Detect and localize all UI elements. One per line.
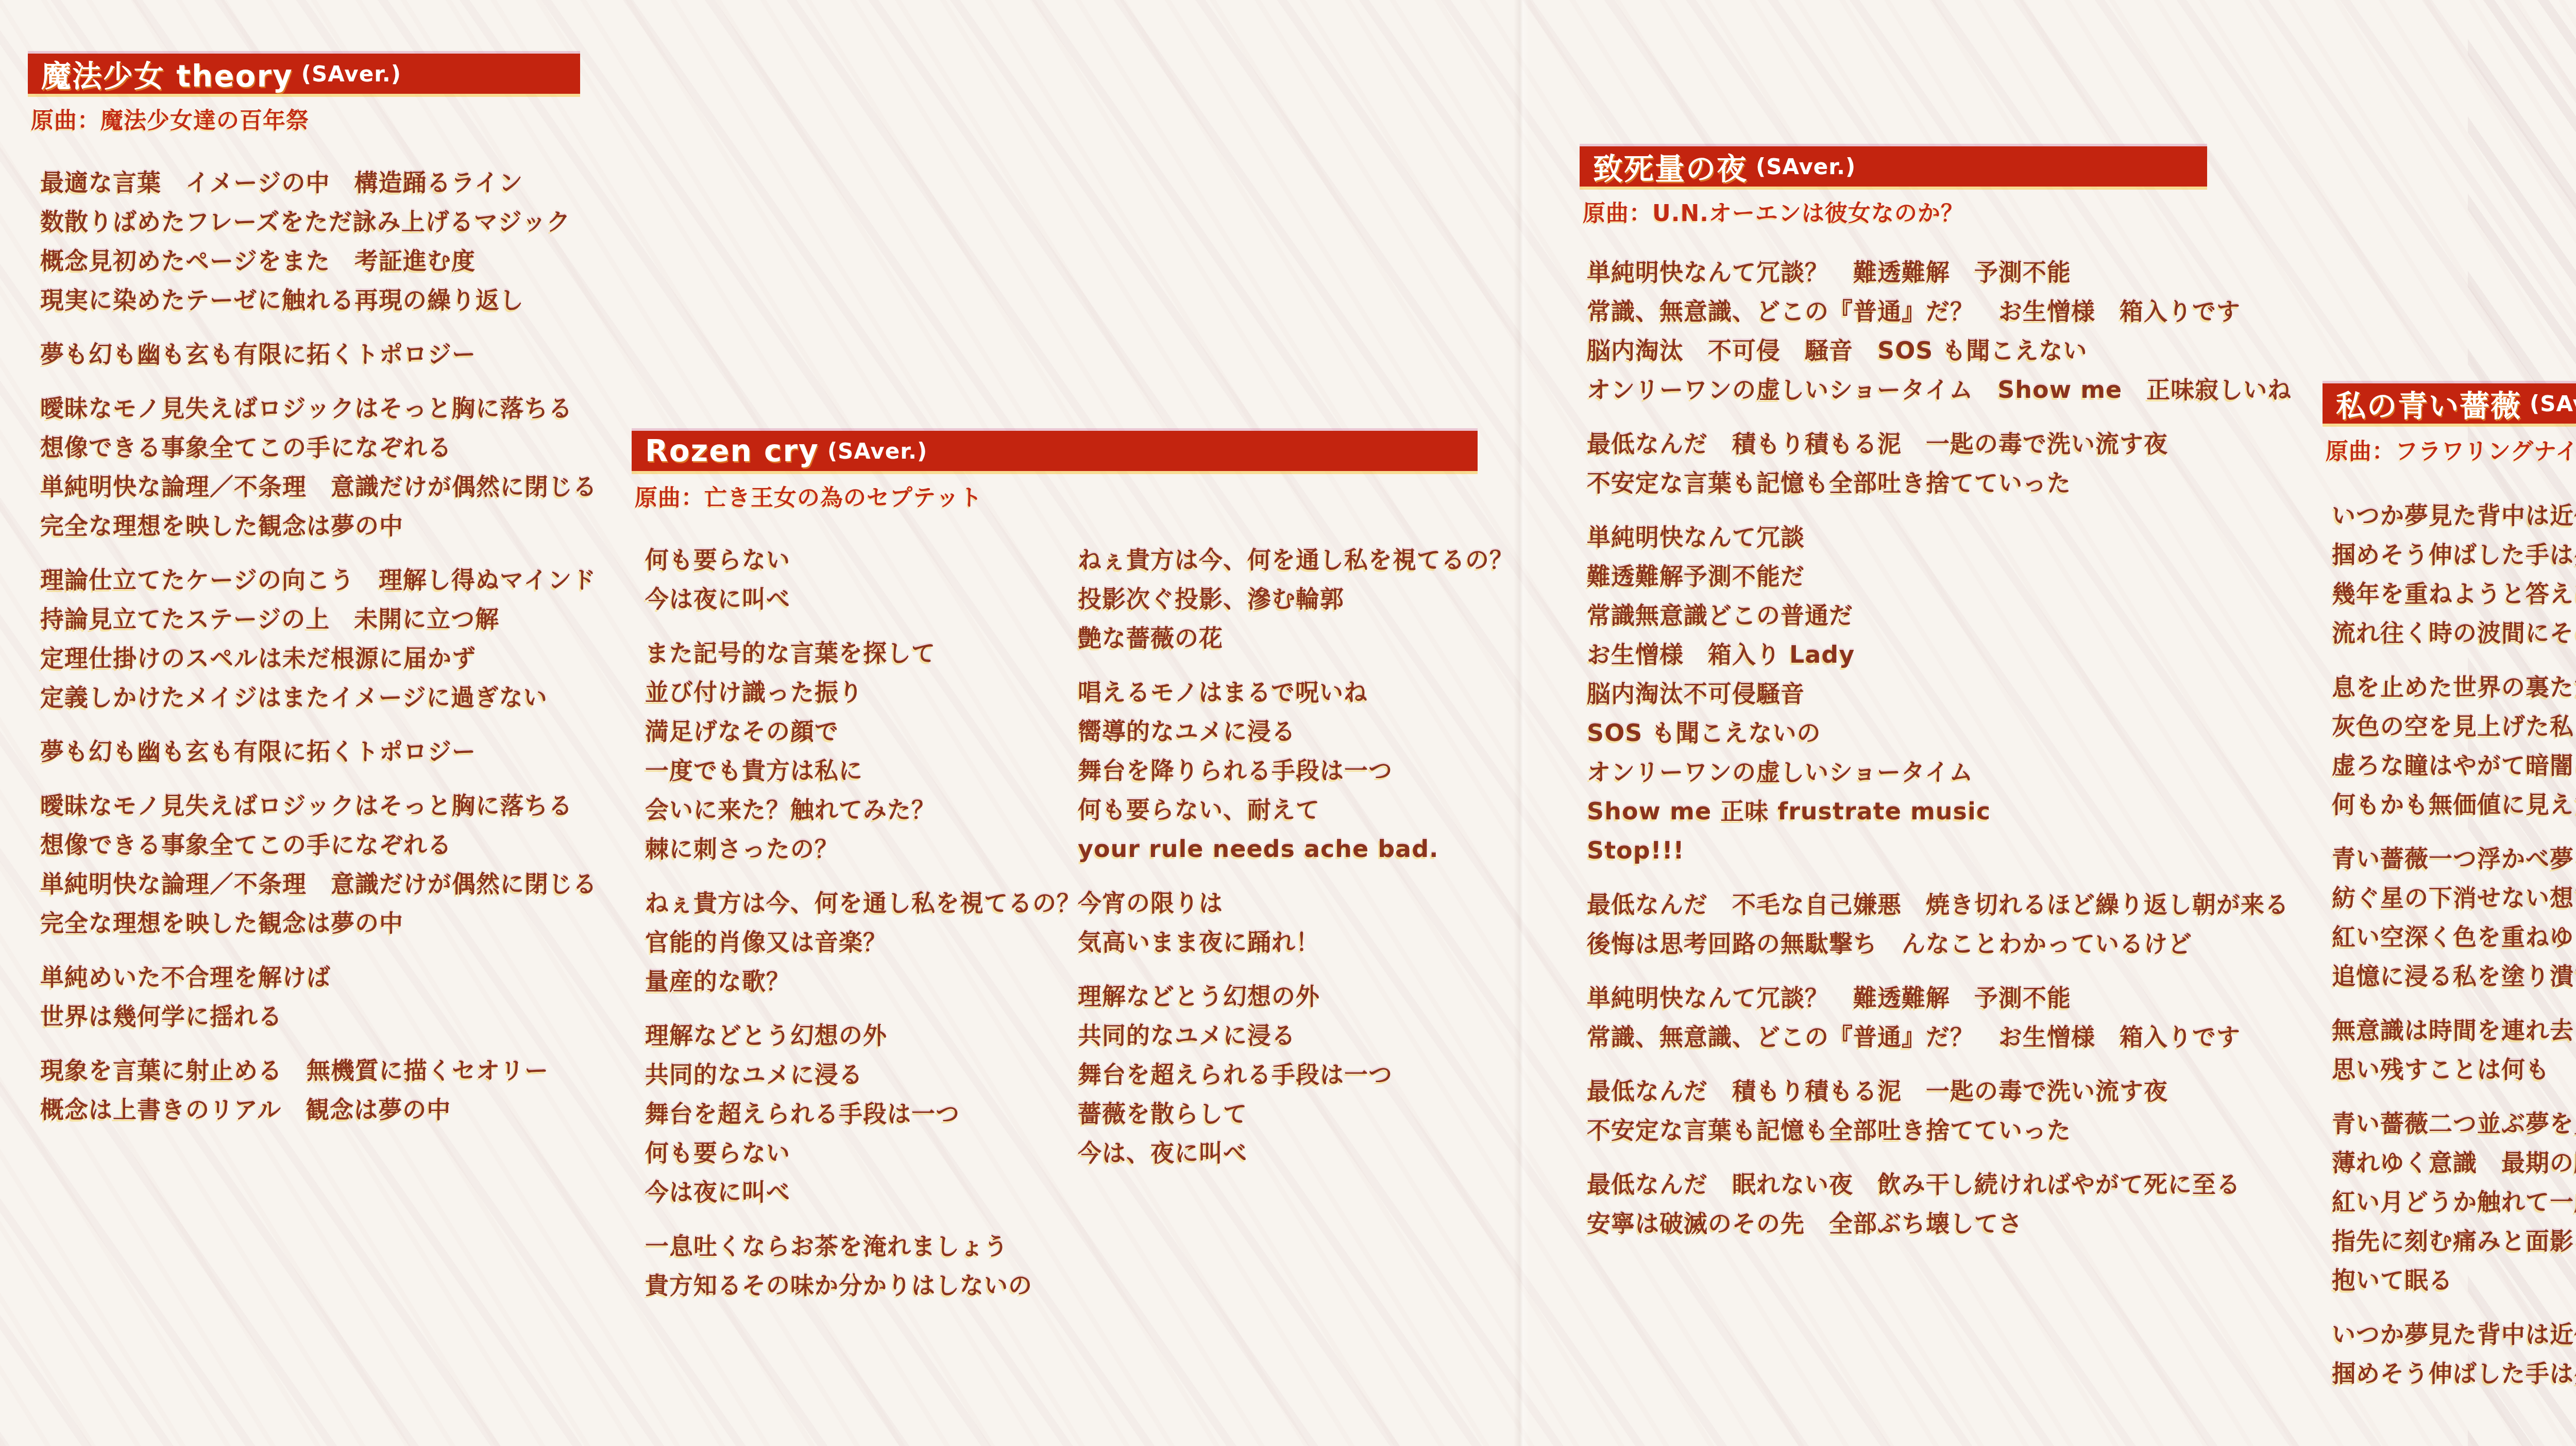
lyrics-line: 脳内淘汰 不可侵 騒音 SOS も聞こえない <box>1587 331 2292 370</box>
lyrics-line: 理解などとう幻想の外 <box>645 1016 1081 1055</box>
lyrics-line: 定理仕掛けのスペルは未だ根源に届かず <box>40 638 597 678</box>
lyrics-line: また記号的な言葉を探して <box>645 633 1081 672</box>
lyrics-line: 単純明快な論理／不条理 意識だけが偶然に閉じる <box>40 467 597 506</box>
lyrics-line: 指先に刻む痛みと面影を <box>2332 1221 2576 1260</box>
lyrics-line: 舞台を超えられる手段は一つ <box>645 1094 1081 1133</box>
lyrics-line: 今は、夜に叫べ <box>1078 1133 1514 1172</box>
lyrics-line: 定義しかけたメイジはまたイメージに過ぎない <box>40 678 597 717</box>
lyrics-line: ねぇ貴方は今、何を通し私を視てるの？ <box>1078 540 1514 579</box>
song-version-label: (SAver.) <box>827 439 927 464</box>
lyrics-line: オンリーワンの虚しいショータイム Show me 正味寂しいね <box>1587 370 2292 409</box>
lyrics-line: 安寧は破滅のその先 全部ぶち壊してさ <box>1587 1204 2292 1243</box>
lyrics-line: 掴めそう伸ばした手は少しも届かないな <box>2332 1354 2576 1393</box>
lyrics-line: SOS も聞こえないの <box>1587 713 2292 752</box>
lyrics-line: 単純めいた不合理を解けば <box>40 957 597 997</box>
original-song-label: 原曲：U.N.オーエンは彼女なのか？ <box>1583 195 1964 228</box>
song-title: Rozen cry <box>645 433 819 468</box>
song-title: 致死量の夜 <box>1593 145 1748 188</box>
lyrics-stanza: 夢も幻も幽も玄も有限に拓くトポロジー <box>40 732 597 771</box>
lyrics-stanza: 単純明快なんて冗談難透難解予測不能だ常識無意識どこの普通だお生憎様 箱入り La… <box>1587 517 2292 870</box>
lyrics-line: 夢も幻も幽も玄も有限に拓くトポロジー <box>40 732 597 771</box>
lyrics-line: 夢も幻も幽も玄も有限に拓くトポロジー <box>40 334 597 374</box>
lyrics-column: いつか夢見た背中は近付くほど離れて掴めそう伸ばした手は少しも届かないな幾年を重ね… <box>2332 496 2576 1393</box>
lyrics-line: 完全な理想を映した観念は夢の中 <box>40 506 597 545</box>
booklet-fold-crease <box>1514 0 1529 1446</box>
lyrics-line: 薄れゆく意識 最期の願い <box>2332 1143 2576 1182</box>
lyrics-line: 共同的なユメに浸る <box>645 1055 1081 1094</box>
lyrics-line: 単純明快な論理／不条理 意識だけが偶然に閉じる <box>40 864 597 903</box>
lyrics-stanza: 単純めいた不合理を解けば世界は幾何学に揺れる <box>40 957 597 1036</box>
lyrics-stanza: 夢も幻も幽も玄も有限に拓くトポロジー <box>40 334 597 374</box>
lyrics-line: 世界は幾何学に揺れる <box>40 997 597 1036</box>
lyrics-stanza: 最低なんだ 積もり積もる泥 一匙の毒で洗い流す夜不安定な言葉も記憶も全部吐き捨て… <box>1587 1071 2292 1150</box>
lyrics-line: 投影次ぐ投影、滲む輪郭 <box>1078 579 1514 618</box>
lyrics-stanza: 理解などとう幻想の外共同的なユメに浸る舞台を超えられる手段は一つ何も要らない今は… <box>645 1016 1081 1212</box>
lyrics-stanza: 現象を言葉に射止める 無機質に描くセオリー概念は上書きのリアル 観念は夢の中 <box>40 1051 597 1129</box>
lyrics-line: 息を止めた世界の裏ただ一人彷徨う <box>2332 667 2576 707</box>
lyrics-line: 嚮導的なユメに浸る <box>1078 712 1514 751</box>
lyrics-line: 舞台を降りられる手段は一つ <box>1078 751 1514 790</box>
lyrics-line: いつか夢見た背中は近付くほど離れて <box>2332 496 2576 535</box>
lyrics-line: 薔薇を散らして <box>1078 1094 1514 1133</box>
lyrics-line: 棘に刺さったの？ <box>645 829 1081 868</box>
lyrics-line: 追憶に浸る私を塗り潰す <box>2332 956 2576 996</box>
lyrics-line: 何も要らない <box>645 540 1081 579</box>
lyrics-stanza: 唱えるモノはまるで呪いね嚮導的なユメに浸る舞台を降りられる手段は一つ何も要らない… <box>1078 672 1514 868</box>
lyrics-line: 会いに来た？触れてみた？ <box>645 790 1081 829</box>
lyrics-stanza: ねぇ貴方は今、何を通し私を視てるの？投影次ぐ投影、滲む輪郭艶な薔薇の花 <box>1078 540 1514 658</box>
lyrics-line: 一息吐くならお茶を淹れましょう <box>645 1226 1081 1266</box>
lyrics-line: 青い薔薇一つ浮かべ夢を見る <box>2332 839 2576 878</box>
lyrics-stanza: 曖昧なモノ見失えばロジックはそっと胸に落ちる想像できる事象全てこの手になぞれる単… <box>40 389 597 545</box>
lyrics-line: 舞台を超えられる手段は一つ <box>1078 1055 1514 1094</box>
lyrics-line: 最適な言葉 イメージの中 構造踊るライン <box>40 163 597 202</box>
lyrics-stanza: 理解などとう幻想の外共同的なユメに浸る舞台を超えられる手段は一つ薔薇を散らして今… <box>1078 977 1514 1172</box>
lyrics-line: 数散りばめたフレーズをただ詠み上げるマジック <box>40 202 597 241</box>
song-title-banner-watashi-no-aoi-bara: 私の青い薔薇 (SAver.) <box>2323 383 2576 424</box>
lyrics-line: 曖昧なモノ見失えばロジックはそっと胸に落ちる <box>40 786 597 825</box>
lyrics-line: ねぇ貴方は今、何を通し私を視てるの？ <box>645 883 1081 922</box>
song-title-banner-mahou-shoujo-theory: 魔法少女 theory (SAver.) <box>28 54 580 94</box>
lyrics-column: 最適な言葉 イメージの中 構造踊るライン数散りばめたフレーズをただ詠み上げるマジ… <box>40 163 597 1129</box>
lyrics-line: 並び付け識った振り <box>645 672 1081 712</box>
lyrics-line: 灰色の空を見上げた私どこにいるの？ <box>2332 707 2576 746</box>
original-song-label: 原曲：魔法少女達の百年祭 <box>31 102 309 135</box>
lyrics-stanza: 最低なんだ 積もり積もる泥 一匙の毒で洗い流す夜不安定な言葉も記憶も全部吐き捨て… <box>1587 424 2292 502</box>
lyrics-line: 理論仕立てたケージの向こう 理解し得ぬマインド <box>40 560 597 599</box>
lyrics-line: 何も要らない、耐えて <box>1078 790 1514 829</box>
lyrics-stanza: 最適な言葉 イメージの中 構造踊るライン数散りばめたフレーズをただ詠み上げるマジ… <box>40 163 597 320</box>
song-title-banner-chishiryou-no-yoru: 致死量の夜 (SAver.) <box>1580 146 2207 187</box>
lyrics-line: 持論見立てたステージの上 未開に立つ解 <box>40 599 597 638</box>
lyrics-line: 貴方知るその味か分かりはしないの <box>645 1266 1081 1305</box>
lyrics-stanza: 何も要らない今は夜に叫べ <box>645 540 1081 618</box>
lyrics-line: 最低なんだ 不毛な自己嫌悪 焼き切れるほど繰り返し朝が来る <box>1587 885 2292 924</box>
lyrics-line: いつか夢見た背中は近付くほど離れて <box>2332 1315 2576 1354</box>
lyrics-stanza: また記号的な言葉を探して並び付け識った振り満足げなその顔で一度でも貴方は私に会い… <box>645 633 1081 868</box>
lyrics-stanza: 青い薔薇二つ並ぶ夢を見る薄れゆく意識 最期の願い紅い月どうか触れて一度だけ指先に… <box>2332 1104 2576 1300</box>
lyrics-line: Stop!!! <box>1587 831 2292 870</box>
lyrics-line: 単純明快なんて冗談？ 難透難解 予測不能 <box>1587 253 2292 292</box>
lyrics-line: 常識無意識どこの普通だ <box>1587 596 2292 635</box>
lyrics-line: 思い残すことは何も <box>2332 1050 2576 1089</box>
lyrics-line: 不安定な言葉も記憶も全部吐き捨てていった <box>1587 463 2292 502</box>
lyrics-stanza: 無意識は時間を連れ去り運命へと誘う思い残すことは何も <box>2332 1011 2576 1089</box>
lyrics-line: 流れ往く時の波間にその身を投げ出した <box>2332 613 2576 652</box>
lyrics-line: 量産的な歌？ <box>645 962 1081 1001</box>
lyrics-line: 何もかも無価値に見えた <box>2332 785 2576 824</box>
lyrics-line: 官能的肖像又は音楽？ <box>645 922 1081 962</box>
lyrics-line: 最低なんだ 眠れない夜 飲み干し続ければやがて死に至る <box>1587 1165 2292 1204</box>
lyrics-line: 気高いまま夜に踊れ！ <box>1078 922 1514 962</box>
lyrics-line: 何も要らない <box>645 1133 1081 1172</box>
lyrics-line: 掴めそう伸ばした手は少しも届かないな <box>2332 535 2576 574</box>
lyrics-line: 無意識は時間を連れ去り運命へと誘う <box>2332 1011 2576 1050</box>
lyrics-stanza: ねぇ貴方は今、何を通し私を視てるの？官能的肖像又は音楽？量産的な歌？ <box>645 883 1081 1001</box>
lyrics-line: 常識、無意識、どこの『普通』だ？ お生憎様 箱入りです <box>1587 292 2292 331</box>
lyrics-stanza: 今宵の限りは気高いまま夜に踊れ！ <box>1078 883 1514 962</box>
lyrics-line: 想像できる事象全てこの手になぞれる <box>40 428 597 467</box>
lyrics-line: 今は夜に叫べ <box>645 579 1081 618</box>
lyrics-line: 唱えるモノはまるで呪いね <box>1078 672 1514 712</box>
lyrics-line: 単純明快なんて冗談 <box>1587 517 2292 557</box>
lyrics-stanza: 曖昧なモノ見失えばロジックはそっと胸に落ちる想像できる事象全てこの手になぞれる単… <box>40 786 597 943</box>
lyrics-line: 想像できる事象全てこの手になぞれる <box>40 825 597 864</box>
lyrics-line: 最低なんだ 積もり積もる泥 一匙の毒で洗い流す夜 <box>1587 424 2292 463</box>
lyrics-stanza: 単純明快なんて冗談？ 難透難解 予測不能常識、無意識、どこの『普通』だ？ お生憎… <box>1587 978 2292 1056</box>
lyrics-line: 理解などとう幻想の外 <box>1078 977 1514 1016</box>
lyrics-line: 紅い月どうか触れて一度だけ <box>2332 1182 2576 1221</box>
lyrics-line: 完全な理想を映した観念は夢の中 <box>40 903 597 943</box>
lyrics-stanza: いつか夢見た背中は近付くほど離れて掴めそう伸ばした手は少しも届かないな <box>2332 1315 2576 1393</box>
lyrics-line: Show me 正味 frustrate music <box>1587 792 2292 831</box>
lyrics-line: 最低なんだ 積もり積もる泥 一匙の毒で洗い流す夜 <box>1587 1071 2292 1111</box>
lyrics-line: your rule needs ache bad. <box>1078 829 1514 868</box>
lyrics-stanza: 青い薔薇一つ浮かべ夢を見る紡ぐ星の下消せない想い紅い空深く色を重ねゆく追憶に浸る… <box>2332 839 2576 996</box>
lyrics-line: 共同的なユメに浸る <box>1078 1016 1514 1055</box>
lyrics-column: 単純明快なんて冗談？ 難透難解 予測不能常識、無意識、どこの『普通』だ？ お生憎… <box>1587 253 2292 1243</box>
song-version-label: (SAver.) <box>2530 391 2576 416</box>
lyrics-line: 紅い空深く色を重ねゆく <box>2332 917 2576 956</box>
lyrics-line: 現実に染めたテーゼに触れる再現の繰り返し <box>40 280 597 320</box>
lyrics-stanza: いつか夢見た背中は近付くほど離れて掴めそう伸ばした手は少しも届かないな幾年を重ね… <box>2332 496 2576 652</box>
lyrics-line: オンリーワンの虚しいショータイム <box>1587 752 2292 792</box>
lyrics-column-right: ねぇ貴方は今、何を通し私を視てるの？投影次ぐ投影、滲む輪郭艶な薔薇の花唱えるモノ… <box>1078 540 1514 1172</box>
lyrics-line: 曖昧なモノ見失えばロジックはそっと胸に落ちる <box>40 389 597 428</box>
lyrics-line: 単純明快なんて冗談？ 難透難解 予測不能 <box>1587 978 2292 1017</box>
lyrics-line: 今宵の限りは <box>1078 883 1514 922</box>
lyrics-column-left: 何も要らない今は夜に叫べまた記号的な言葉を探して並び付け識った振り満足げなその顔… <box>645 540 1081 1305</box>
lyrics-line: 概念見初めたページをまた 考証進む度 <box>40 241 597 280</box>
lyrics-line: 難透難解予測不能だ <box>1587 557 2292 596</box>
lyrics-booklet-page: 魔法少女 theory (SAver.) 原曲：魔法少女達の百年祭 最適な言葉 … <box>0 0 2576 1446</box>
lyrics-line: お生憎様 箱入り Lady <box>1587 635 2292 674</box>
lyrics-line: 青い薔薇二つ並ぶ夢を見る <box>2332 1104 2576 1143</box>
lyrics-line: 抱いて眠る <box>2332 1260 2576 1300</box>
lyrics-line: 紡ぐ星の下消せない想い <box>2332 878 2576 917</box>
song-title: 魔法少女 theory <box>41 52 293 95</box>
original-song-label: 原曲：フラワリングナイト <box>2326 433 2576 466</box>
lyrics-line: 不安定な言葉も記憶も全部吐き捨てていった <box>1587 1111 2292 1150</box>
song-version-label: (SAver.) <box>1756 154 1856 179</box>
lyrics-line: 後悔は思考回路の無駄撃ち んなことわかっているけど <box>1587 924 2292 963</box>
lyrics-line: 脳内淘汰不可侵騒音 <box>1587 674 2292 713</box>
lyrics-line: 現象を言葉に射止める 無機質に描くセオリー <box>40 1051 597 1090</box>
lyrics-stanza: 理論仕立てたケージの向こう 理解し得ぬマインド持論見立てたステージの上 未開に立… <box>40 560 597 717</box>
lyrics-line: 幾年を重ねようと答えは変わらなくて <box>2332 574 2576 613</box>
lyrics-line: 虚ろな瞳はやがて暗闇に閉ざされて <box>2332 746 2576 785</box>
original-song-label: 原曲：亡き王女の為のセプテット <box>635 479 982 512</box>
lyrics-line: 今は夜に叫べ <box>645 1172 1081 1212</box>
lyrics-line: 常識、無意識、どこの『普通』だ？ お生憎様 箱入りです <box>1587 1017 2292 1056</box>
lyrics-stanza: 息を止めた世界の裏ただ一人彷徨う灰色の空を見上げた私どこにいるの？虚ろな瞳はやが… <box>2332 667 2576 824</box>
lyrics-stanza: 単純明快なんて冗談？ 難透難解 予測不能常識、無意識、どこの『普通』だ？ お生憎… <box>1587 253 2292 409</box>
song-version-label: (SAver.) <box>301 61 401 87</box>
lyrics-stanza: 最低なんだ 不毛な自己嫌悪 焼き切れるほど繰り返し朝が来る後悔は思考回路の無駄撃… <box>1587 885 2292 963</box>
lyrics-line: 概念は上書きのリアル 観念は夢の中 <box>40 1090 597 1129</box>
lyrics-line: 満足げなその顔で <box>645 712 1081 751</box>
song-title-banner-rozen-cry: Rozen cry (SAver.) <box>632 431 1478 471</box>
song-title: 私の青い薔薇 <box>2336 382 2521 425</box>
lyrics-line: 一度でも貴方は私に <box>645 751 1081 790</box>
lyrics-stanza: 一息吐くならお茶を淹れましょう貴方知るその味か分かりはしないの <box>645 1226 1081 1305</box>
lyrics-line: 艶な薔薇の花 <box>1078 618 1514 658</box>
lyrics-stanza: 最低なんだ 眠れない夜 飲み干し続ければやがて死に至る安寧は破滅のその先 全部ぶ… <box>1587 1165 2292 1243</box>
